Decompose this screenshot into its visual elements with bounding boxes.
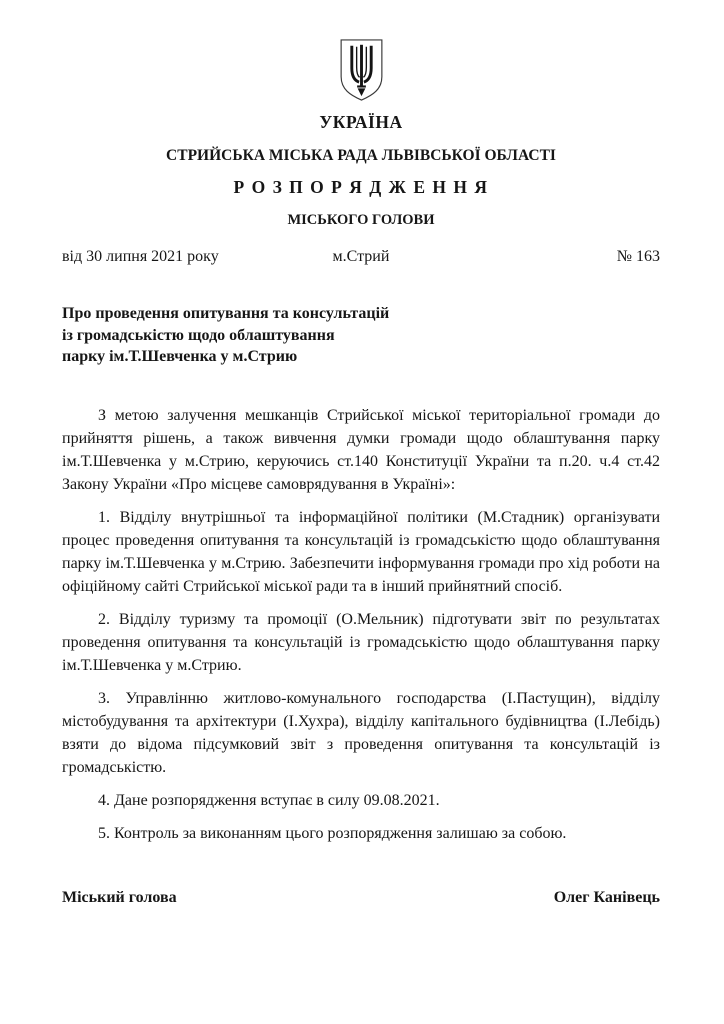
document-meta-row: від 30 липня 2021 року м.Стрий № 163 — [62, 248, 660, 266]
document-header: УКРАЇНА СТРИЙСЬКА МІСЬКА РАДА ЛЬВІВСЬКОЇ… — [62, 38, 660, 229]
signatory-name: Олег Канівець — [554, 889, 660, 907]
subject-heading: Про проведення опитування та консультаці… — [62, 303, 660, 368]
document-page: УКРАЇНА СТРИЙСЬКА МІСЬКА РАДА ЛЬВІВСЬКОЇ… — [0, 0, 724, 1024]
subject-line-3: парку ім.Т.Шевченка у м.Стрию — [62, 346, 660, 368]
document-author-line: МІСЬКОГО ГОЛОВИ — [62, 212, 660, 229]
country-name: УКРАЇНА — [62, 112, 660, 133]
signatory-title: Міський голова — [62, 889, 177, 907]
document-place: м.Стрий — [261, 248, 460, 266]
signature-row: Міський голова Олег Канівець — [62, 889, 660, 907]
document-number: № 163 — [461, 248, 660, 266]
paragraph-item-1: 1. Відділу внутрішньої та інформаційної … — [62, 506, 660, 598]
paragraph-item-4: 4. Дане розпорядження вступає в силу 09.… — [62, 789, 660, 812]
paragraph-item-2: 2. Відділу туризму та промоції (О.Мельни… — [62, 608, 660, 677]
paragraph-item-5: 5. Контроль за виконанням цього розпоряд… — [62, 822, 660, 845]
issuing-authority: СТРИЙСЬКА МІСЬКА РАДА ЛЬВІВСЬКОЇ ОБЛАСТІ — [62, 147, 660, 165]
paragraph-item-3: 3. Управлінню житлово-комунального госпо… — [62, 687, 660, 779]
subject-line-2: із громадськістю щодо облаштування — [62, 325, 660, 347]
document-body: З метою залучення мешканців Стрийської м… — [62, 404, 660, 845]
subject-line-1: Про проведення опитування та консультаці… — [62, 303, 660, 325]
paragraph-preamble: З метою залучення мешканців Стрийської м… — [62, 404, 660, 496]
ukraine-trident-emblem-icon — [337, 38, 386, 102]
document-date: від 30 липня 2021 року — [62, 248, 261, 266]
document-type-title: Р О З П О Р Я Д Ж Е Н Н Я — [62, 177, 660, 198]
